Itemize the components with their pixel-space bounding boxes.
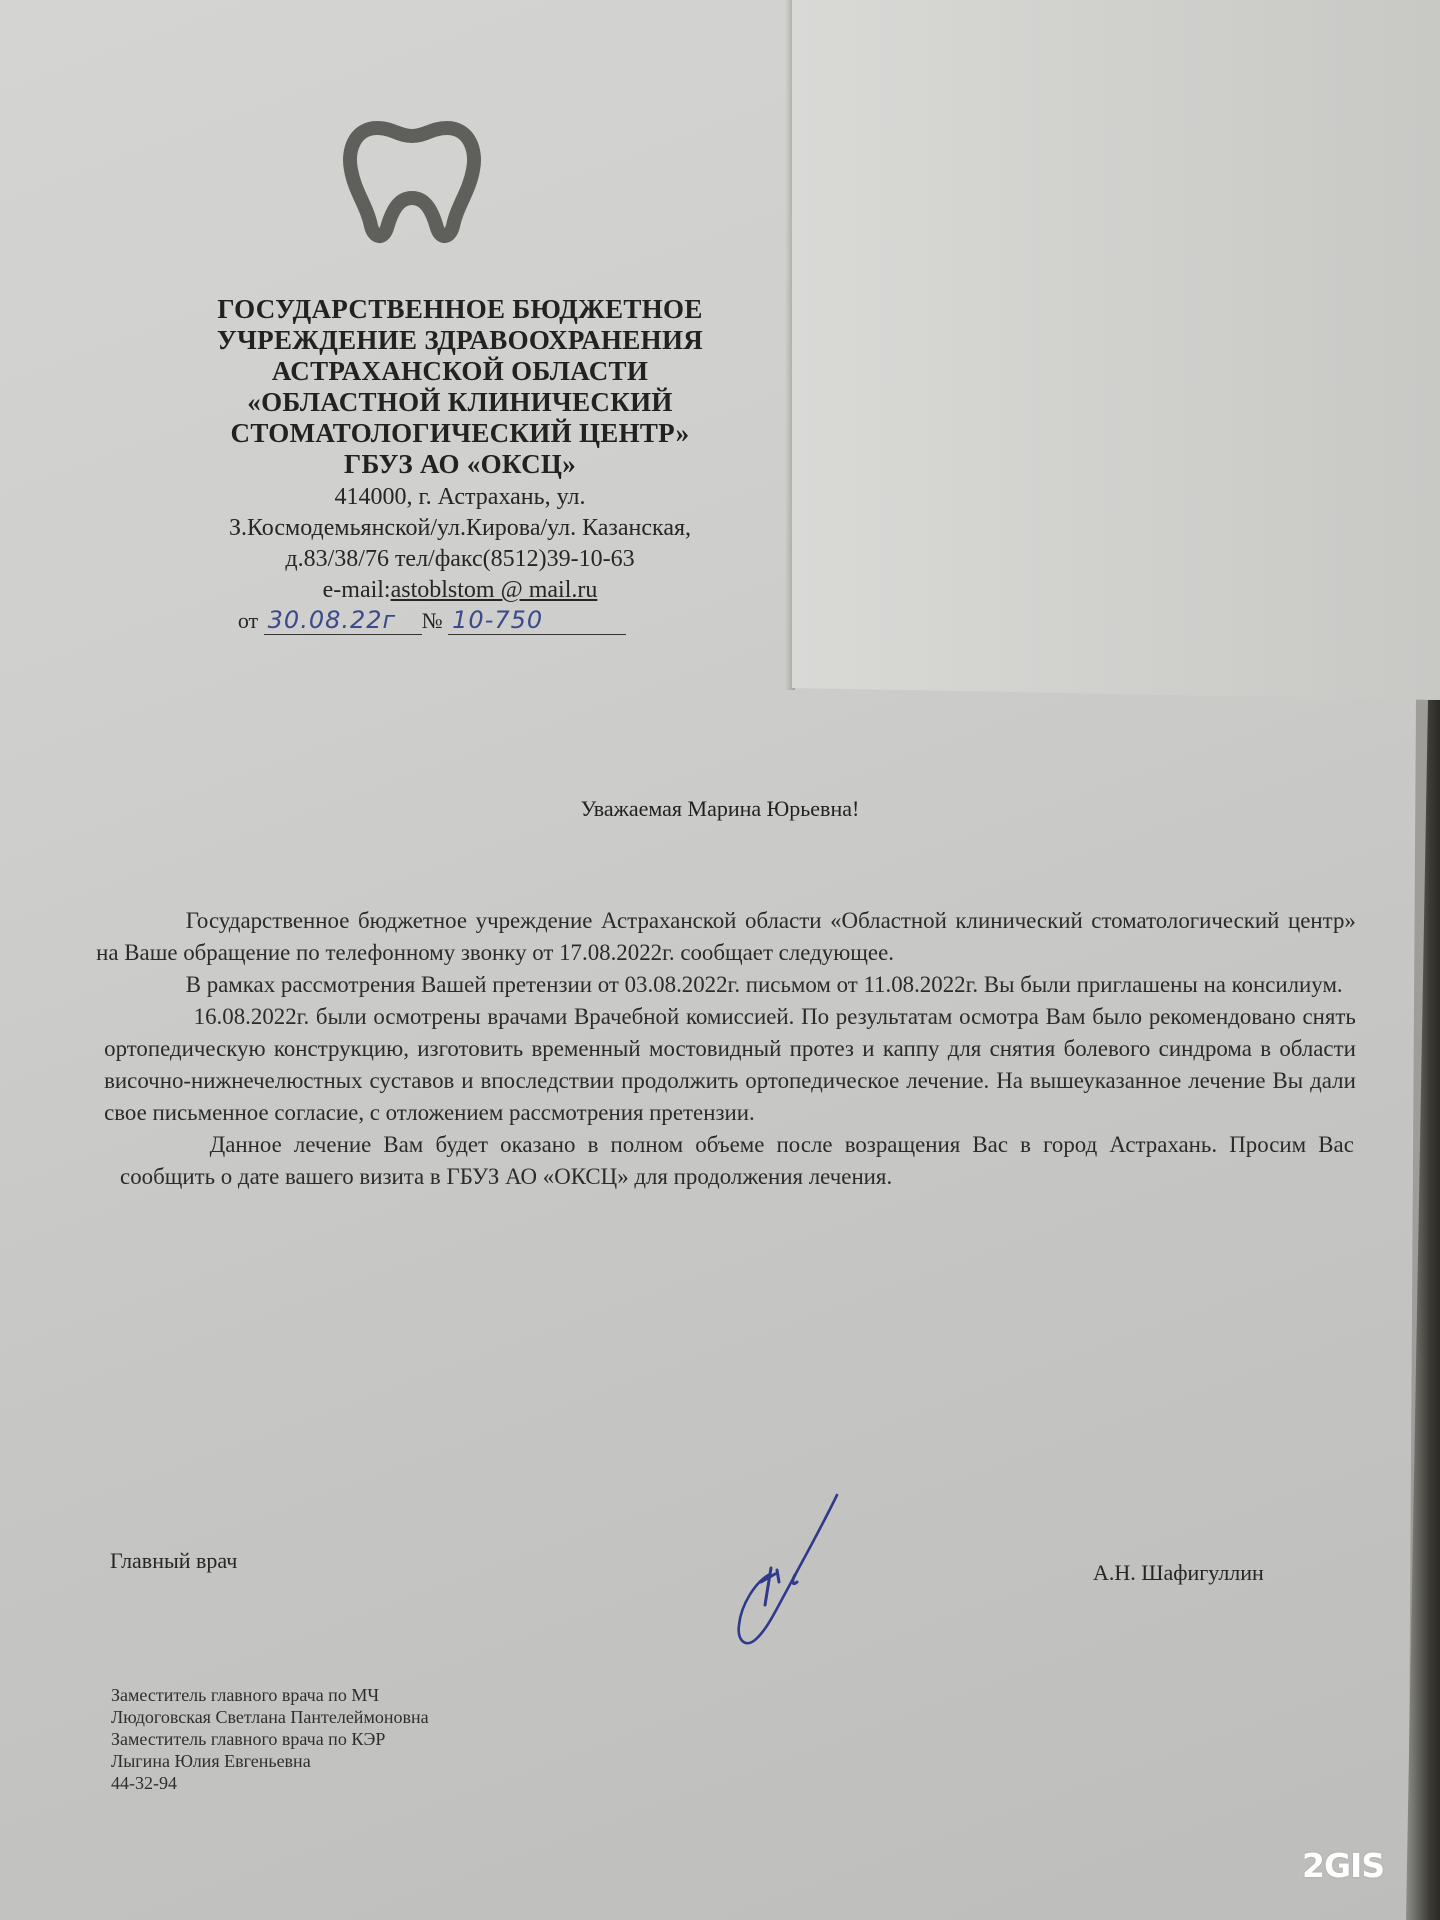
org-name-line: ГОСУДАРСТВЕННОЕ БЮДЖЕТНОЕ <box>150 294 770 325</box>
address-line: З.Космодемьянской/ул.Кирова/ул. Казанска… <box>150 513 770 544</box>
org-abbreviation: ГБУЗ АО «ОКСЦ» <box>150 449 770 480</box>
body-paragraph: Государственное бюджетное учреждение Аст… <box>96 905 1356 969</box>
org-name-line: «ОБЛАСТНОЙ КЛИНИЧЕСКИЙ <box>150 387 770 418</box>
body-paragraph: В рамках рассмотрения Вашей претензии от… <box>96 969 1356 1001</box>
body-paragraph: 16.08.2022г. были осмотрены врачами Врач… <box>104 1001 1356 1129</box>
number-prefix: № <box>422 608 443 633</box>
body-paragraph: Данное лечение Вам будет оказано в полно… <box>120 1129 1354 1193</box>
email-line: e-mail:astoblstom @ mail.ru <box>150 575 770 606</box>
signer-role: Главный врач <box>110 1548 237 1574</box>
overlapping-sheet <box>792 0 1440 700</box>
email-label: e-mail: <box>323 577 391 603</box>
greeting: Уважаемая Марина Юрьевна! <box>0 796 1440 822</box>
handwritten-date: 30.08.22г <box>264 606 422 635</box>
org-name-line: СТОМАТОЛОГИЧЕСКИЙ ЦЕНТР» <box>150 418 770 449</box>
watermark-logo: 2GIS <box>1302 1846 1384 1885</box>
address-block: 414000, г. Астрахань, ул. З.Космодемьянс… <box>150 482 770 635</box>
signature-icon <box>725 1490 855 1660</box>
org-name-line: АСТРАХАНСКОЙ ОБЛАСТИ <box>150 356 770 387</box>
organization-name: ГОСУДАРСТВЕННОЕ БЮДЖЕТНОЕ УЧРЕЖДЕНИЕ ЗДР… <box>150 294 770 480</box>
registration-line: от 30.08.22г№ 10-750 <box>122 606 742 635</box>
phone-fax-line: д.83/38/76 тел/факс(8512)39-10-63 <box>150 544 770 575</box>
tooth-icon <box>337 110 487 250</box>
org-name-line: УЧРЕЖДЕНИЕ ЗДРАВООХРАНЕНИЯ <box>150 325 770 356</box>
contact-line: Заместитель главного врача по МЧ <box>111 1684 429 1706</box>
handwritten-number: 10-750 <box>448 606 626 635</box>
date-prefix: от <box>238 608 258 633</box>
contact-block: Заместитель главного врача по МЧ Людогов… <box>111 1684 429 1794</box>
address-line: 414000, г. Астрахань, ул. <box>150 482 770 513</box>
contact-line: Людоговская Светлана Пантелеймоновна <box>111 1706 429 1728</box>
email-address: astoblstom @ mail.ru <box>391 577 598 603</box>
letterhead: ГОСУДАРСТВЕННОЕ БЮДЖЕТНОЕ УЧРЕЖДЕНИЕ ЗДР… <box>150 110 770 635</box>
contact-line: Лыгина Юлия Евгеньевна <box>111 1750 429 1772</box>
contact-phone: 44-32-94 <box>111 1772 429 1794</box>
signer-name: А.Н. Шафигуллин <box>1093 1560 1264 1586</box>
contact-line: Заместитель главного врача по КЭР <box>111 1728 429 1750</box>
letter-body: Государственное бюджетное учреждение Аст… <box>96 905 1356 1193</box>
